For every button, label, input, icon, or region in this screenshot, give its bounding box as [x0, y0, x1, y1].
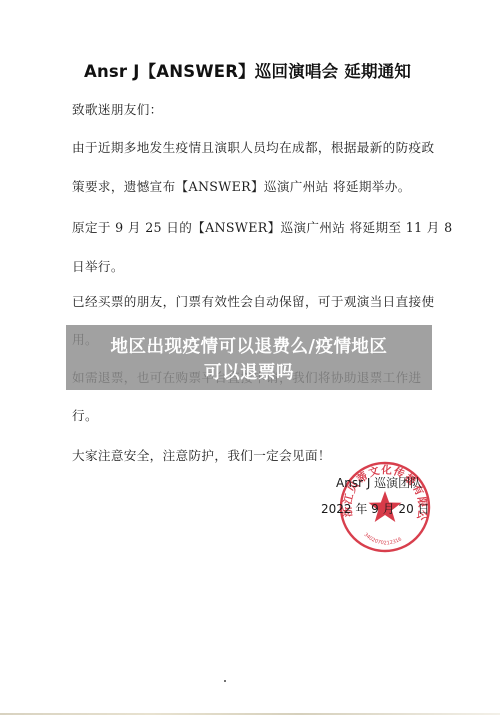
- paragraph-1-line-1: 由于近期多地发生疫情且演职人员均在成都，根据最新的防疫政: [72, 137, 434, 156]
- signature-team: Ansr J 巡演团队: [336, 474, 422, 491]
- banner-headline-line-1: 地区出现疫情可以退费么/疫情地区: [66, 333, 432, 358]
- paragraph-1-line-2: 策要求，遗憾宣布【ANSWER】巡演广州站 将延期举办。: [72, 176, 411, 195]
- banner-headline-line-2: 可以退票吗: [66, 359, 432, 384]
- salutation: 致歌迷朋友们：: [72, 99, 163, 118]
- notice-document-page: Ansr J【ANSWER】巡回演唱会 延期通知 致歌迷朋友们： 由于近期多地发…: [0, 0, 500, 715]
- headline-overlay-banner: 地区出现疫情可以退费么/疫情地区 可以退票吗: [66, 325, 432, 390]
- paragraph-2-line-1: 原定于 9 月 25 日的【ANSWER】巡演广州站 将延期至 11 月 8: [72, 217, 452, 236]
- document-title: Ansr J【ANSWER】巡回演唱会 延期通知: [84, 58, 424, 82]
- closing-line: 大家注意安全，注意防护，我们一定会见面！: [72, 445, 331, 464]
- scan-speck: [224, 680, 226, 682]
- paragraph-2-line-2: 日举行。: [72, 256, 124, 275]
- signature-date: 2022 年 9 月 20 日: [321, 500, 430, 517]
- svg-text:3402070212316: 3402070212316: [362, 532, 402, 547]
- paragraph-4-line-2: 行。: [72, 405, 98, 424]
- paragraph-3-line-1: 已经买票的朋友，门票有效性会自动保留，可于观演当日直接使: [72, 291, 434, 310]
